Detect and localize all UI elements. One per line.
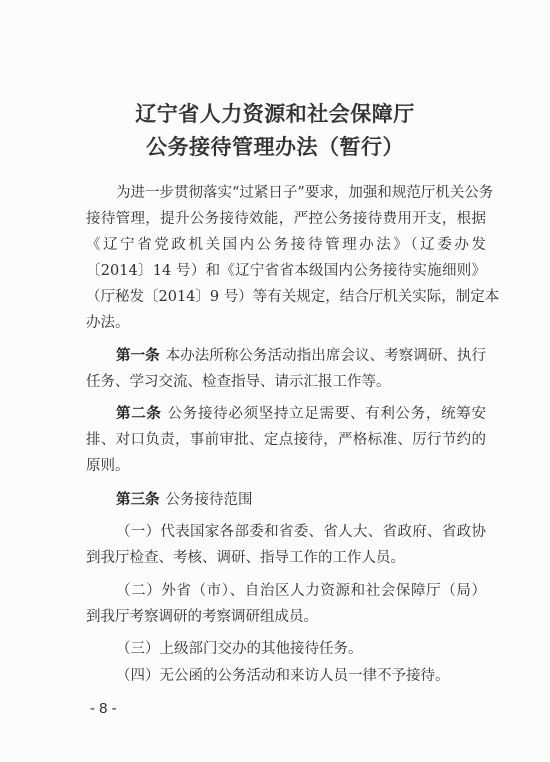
article-2-line: 第二条公务接待必须坚持立足需要、有利公务，统筹安 [116, 404, 486, 424]
page-number: - 8 - [90, 700, 117, 717]
article-2-line: 排、对口负责，事前审批、定点接待，严格标准、厉行节约的 [86, 430, 486, 450]
preamble-line: 《辽宁省党政机关国内公务接待管理办法》（辽委办发 [86, 235, 486, 255]
article-1-line: 第一条本办法所称公务活动指出席会议、考察调研、执行 [116, 346, 486, 366]
article-3-item-4: （四）无公函的公务活动和来访人员一律不予接待。 [116, 666, 486, 686]
preamble-line: 为进一步贯彻落实“过紧日子”要求，加强和规范厅机关公务 [116, 183, 486, 203]
article-3-heading: 第三条 [116, 492, 160, 508]
article-2-heading: 第二条 [116, 406, 162, 422]
article-3-item-1: 到我厅检查、考核、调研、指导工作的工作人员。 [86, 548, 486, 568]
preamble-line: 接待管理，提升公务接待效能，严控公务接待费用开支，根据 [86, 209, 486, 229]
preamble-line: 办法。 [86, 313, 486, 333]
article-3-line: 第三条公务接待范围 [116, 490, 486, 510]
article-3-item-3: （三）上级部门交办的其他接待任务。 [116, 639, 486, 659]
preamble-line: （厅秘发〔2014〕9 号）等有关规定，结合厅机关实际，制定本 [86, 287, 486, 307]
article-3-item-2: 到我厅考察调研的考察调研组成员。 [86, 607, 486, 627]
article-2-text: 公务接待必须坚持立足需要、有利公务，统筹安 [168, 406, 486, 422]
article-2-line: 原则。 [86, 456, 486, 476]
document-title-line-1: 辽宁省人力资源和社会保障厅 [0, 98, 550, 128]
article-3-item-1: （一）代表国家各部委和省委、省人大、省政府、省政协 [116, 522, 486, 542]
article-1-text: 本办法所称公务活动指出席会议、考察调研、执行 [166, 348, 486, 364]
article-3-subtitle: 公务接待范围 [166, 492, 253, 508]
article-1-heading: 第一条 [116, 348, 160, 364]
preamble-line: 〔2014〕14 号）和《辽宁省省本级国内公务接待实施细则》 [86, 261, 486, 281]
document-title-line-2: 公务接待管理办法（暂行） [0, 131, 550, 161]
article-3-item-2: （二）外省（市）、自治区人力资源和社会保障厅（局） [116, 581, 486, 601]
article-1-line: 任务、学习交流、检查指导、请示汇报工作等。 [86, 372, 486, 392]
document-page: 辽宁省人力资源和社会保障厅 公务接待管理办法（暂行） 为进一步贯彻落实“过紧日子… [0, 0, 550, 762]
